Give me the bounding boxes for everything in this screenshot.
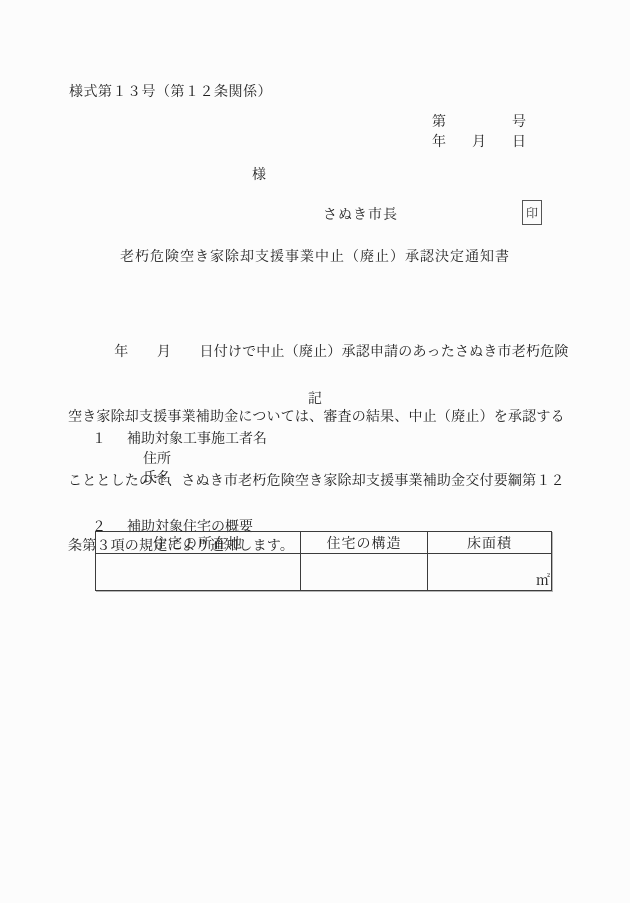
ki-marker: 記	[0, 388, 630, 408]
header-floor-area: 床面積	[428, 532, 552, 554]
date-month-label: 月	[472, 131, 486, 151]
item1-number: １	[92, 428, 106, 448]
form-number: 様式第１３号（第１２条関係）	[69, 81, 272, 101]
table-header-row: 住宅の所在地 住宅の構造 床面積	[96, 532, 552, 554]
date-day-label: 日	[512, 131, 526, 151]
body-line: 年 月 日付けで中止（廃止）承認申請のあったさぬき市老朽危険	[68, 342, 568, 364]
date-year-label: 年	[432, 131, 446, 151]
housing-overview-table: 住宅の所在地 住宅の構造 床面積 ㎡	[95, 531, 552, 591]
cell-floor-area-unit: ㎡	[428, 554, 552, 591]
document-title: 老朽危険空き家除却支援事業中止（廃止）承認決定通知書	[0, 246, 630, 266]
item1-name-label: 氏名	[143, 467, 171, 487]
doc-number-prefix: 第	[432, 111, 446, 131]
header-housing-structure: 住宅の構造	[301, 532, 428, 554]
body-line: 空き家除却支援事業補助金については、審査の結果、中止（廃止）を承認する	[68, 407, 568, 429]
sender-name: さぬき市長	[323, 204, 398, 224]
doc-number-suffix: 号	[512, 111, 526, 131]
seal-stamp-box: 印	[522, 200, 542, 225]
table-row: ㎡	[96, 554, 552, 591]
item1-address-label: 住所	[143, 448, 171, 468]
item1-label: 補助対象工事施工者名	[127, 428, 267, 448]
recipient-honorific: 様	[252, 164, 266, 184]
cell-housing-structure	[301, 554, 428, 591]
header-housing-location: 住宅の所在地	[96, 532, 301, 554]
document-page: 様式第１３号（第１２条関係） 第 号 年 月 日 様 さぬき市長 印 老朽危険空…	[0, 0, 630, 903]
cell-housing-location	[96, 554, 301, 591]
